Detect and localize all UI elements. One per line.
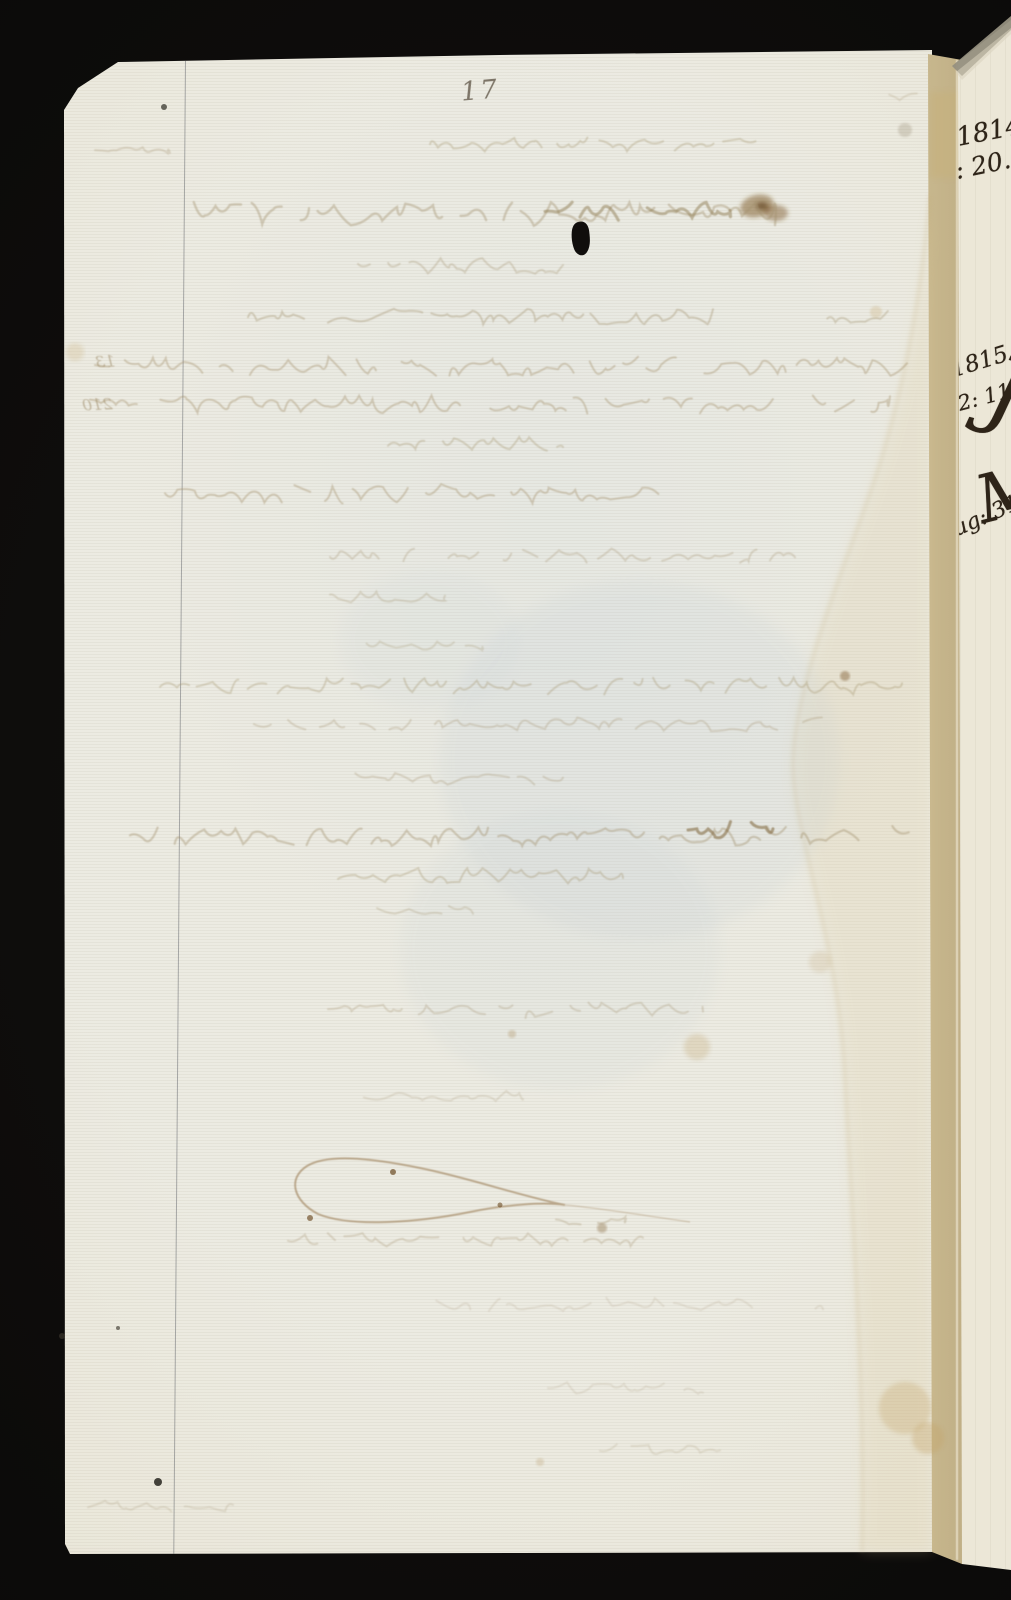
scanned-book-spread: 17 13 210 1814. Jan: 20.0 1815. 32: 11. … <box>0 0 1011 1600</box>
bleed-through-number: 210 <box>82 394 113 415</box>
bleed-through-number: 13 <box>95 351 116 371</box>
manuscript-page: 17 13 210 <box>0 0 1011 1600</box>
page-number: 17 <box>460 74 502 107</box>
laid-paper-texture <box>0 0 1011 1600</box>
